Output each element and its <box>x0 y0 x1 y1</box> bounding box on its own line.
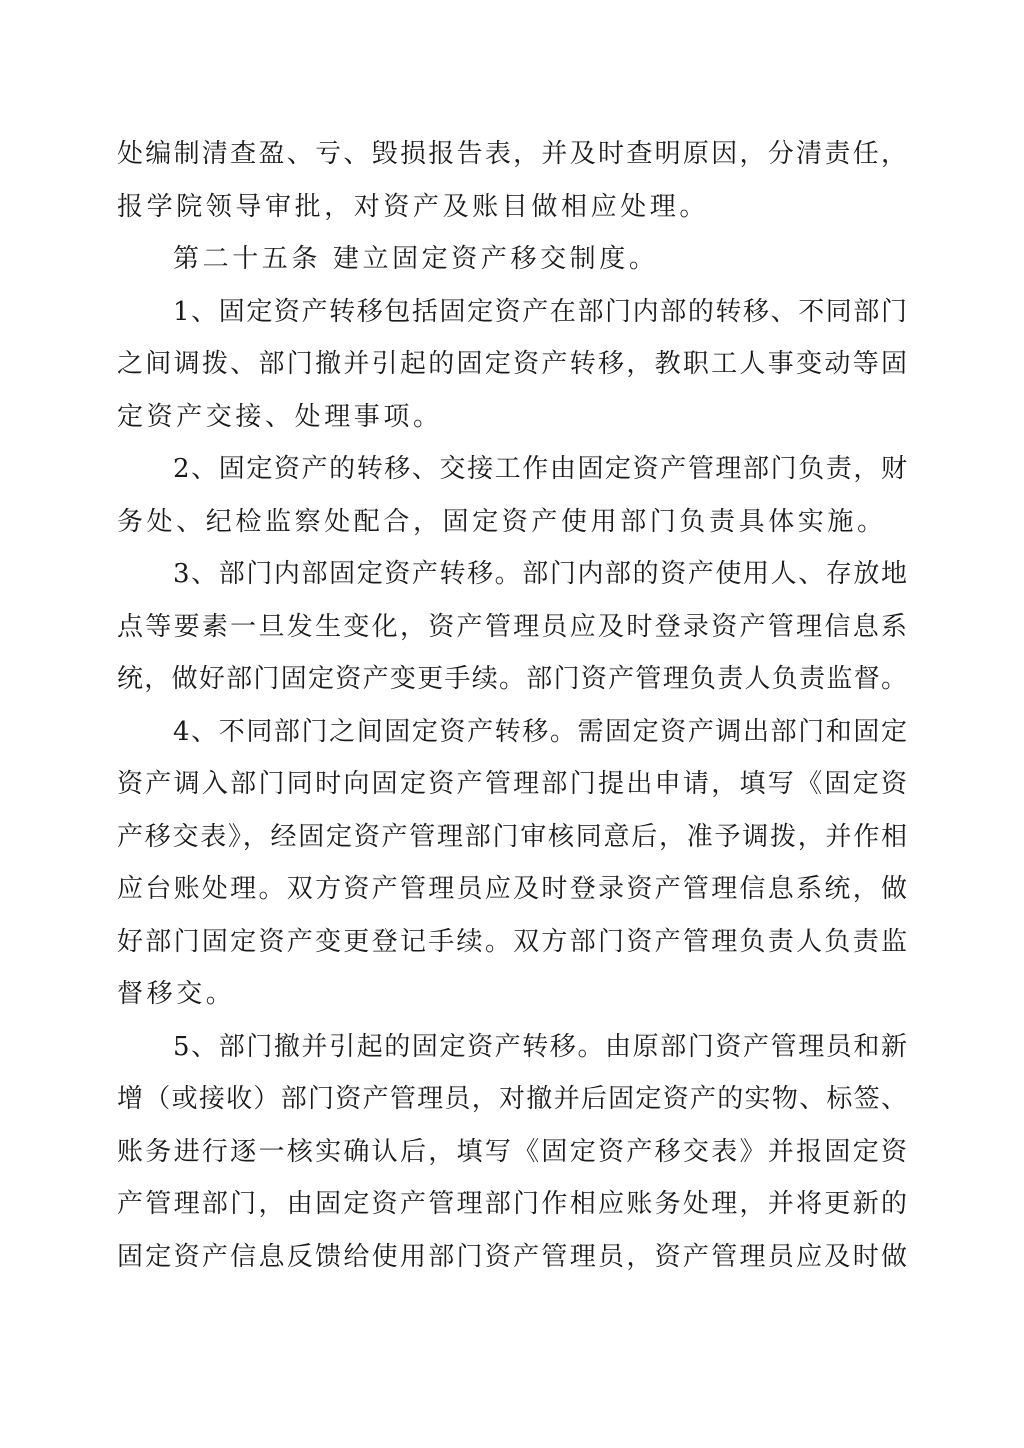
document-page: 处编制清查盈、亏、毁损报告表，并及时查明原因，分清责任， 报学院领导审批，对资产… <box>117 128 907 1283</box>
text-line: 账务进行逐一核实确认后，填写《固定资产移交表》并报固定资 <box>117 1126 907 1179</box>
text-line: 资产调入部门同时向固定资产管理部门提出申请，填写《固定资 <box>117 758 907 811</box>
text-line: 产移交表》，经固定资产管理部门审核同意后，准予调拨，并作相 <box>117 811 907 864</box>
text-line: 应台账处理。双方资产管理员应及时登录资产管理信息系统，做 <box>117 863 907 916</box>
text-line: 5、部门撤并引起的固定资产转移。由原部门资产管理员和新 <box>117 1021 907 1074</box>
text-line: 点等要素一旦发生变化，资产管理员应及时登录资产管理信息系 <box>117 601 907 654</box>
text-line: 1、固定资产转移包括固定资产在部门内部的转移、不同部门 <box>117 286 907 339</box>
text-line: 增（或接收）部门资产管理员，对撤并后固定资产的实物、标签、 <box>117 1073 907 1126</box>
text-line: 统，做好部门固定资产变更手续。部门资产管理负责人负责监督。 <box>117 653 907 706</box>
text-line: 务处、纪检监察处配合，固定资产使用部门负责具体实施。 <box>117 496 907 549</box>
text-line: 产管理部门，由固定资产管理部门作相应账务处理，并将更新的 <box>117 1178 907 1231</box>
text-line: 定资产交接、处理事项。 <box>117 391 907 444</box>
text-line: 3、部门内部固定资产转移。部门内部的资产使用人、存放地 <box>117 548 907 601</box>
text-line: 好部门固定资产变更登记手续。双方部门资产管理负责人负责监 <box>117 916 907 969</box>
text-line: 固定资产信息反馈给使用部门资产管理员，资产管理员应及时做 <box>117 1231 907 1284</box>
text-line: 督移交。 <box>117 968 907 1021</box>
text-line: 4、不同部门之间固定资产转移。需固定资产调出部门和固定 <box>117 706 907 759</box>
text-line: 之间调拨、部门撤并引起的固定资产转移，教职工人事变动等固 <box>117 338 907 391</box>
text-line: 处编制清查盈、亏、毁损报告表，并及时查明原因，分清责任， <box>117 128 907 181</box>
text-line: 报学院领导审批，对资产及账目做相应处理。 <box>117 181 907 234</box>
text-line: 2、固定资产的转移、交接工作由固定资产管理部门负责，财 <box>117 443 907 496</box>
article-heading: 第二十五条 建立固定资产移交制度。 <box>117 233 907 286</box>
